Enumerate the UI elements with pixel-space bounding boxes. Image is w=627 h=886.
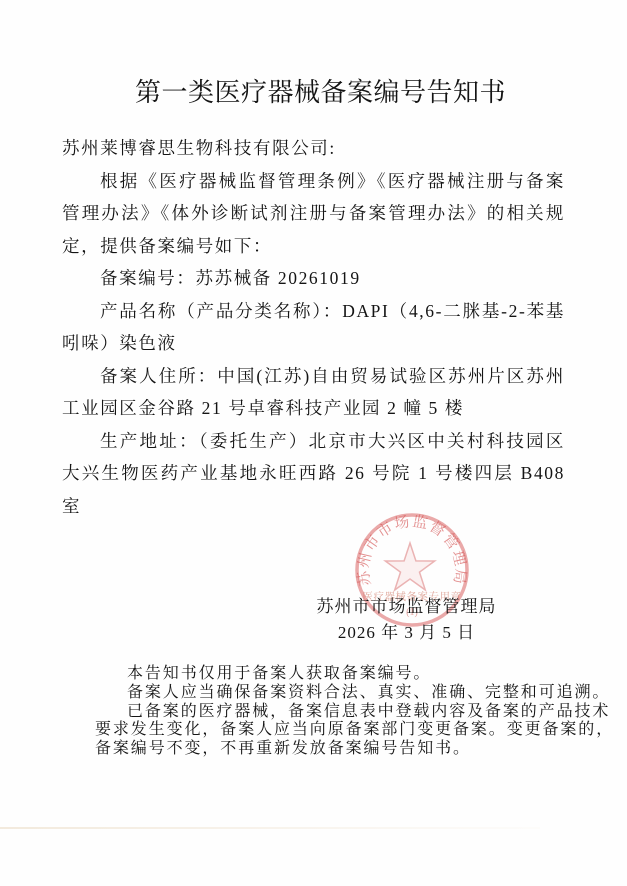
note-line: 要求发生变化，备案人应当向原备案部门变更备案。变更备案的， [95,721,622,740]
registrant-address-line: 备案人住所：中国(江苏)自由贸易试验区苏州片区苏州 [62,360,565,393]
document-page: 第一类医疗器械备案编号告知书 苏州莱博睿思生物科技有限公司: 根据《医疗器械监督… [0,0,627,886]
body-line: 管理办法》《体外诊断试剂注册与备案管理办法》的相关规 [62,197,565,230]
note-line: 备案人应当确保备案资料合法、真实、准确、完整和可追溯。 [95,684,622,703]
note-line: 已备案的医疗器械，备案信息表中登载内容及备案的产品技术 [95,703,622,722]
page-title: 第一类医疗器械备案编号告知书 [7,72,627,109]
record-number-line: 备案编号：苏苏械备 20261019 [62,262,565,295]
star-icon [385,543,434,590]
production-address-line-3: 室 [62,490,565,523]
registrant-address-line-2: 工业园区金谷路 21 号卓睿科技产业园 2 幢 5 楼 [62,392,565,425]
issuer-name: 苏州市市场监督管理局 [240,594,573,620]
note-line: 本告知书仅用于备案人获取备案编号。 [95,665,622,684]
addressee-line: 苏州莱博睿思生物科技有限公司: [62,132,565,165]
scan-artifact-line [0,827,540,829]
issue-date: 2026 年 3 月 5 日 [240,620,573,646]
note-line: 备案编号不变，不再重新发放备案编号告知书。 [95,740,622,759]
product-name-line: 产品名称（产品分类名称）：DAPI（4,6-二脒基-2-苯基 [62,295,565,328]
product-name-line-2: 吲哚）染色液 [62,327,565,360]
document-body: 苏州莱博睿思生物科技有限公司: 根据《医疗器械监督管理条例》《医疗器械注册与备案… [62,132,565,522]
production-address-line-2: 大兴生物医药产业基地永旺西路 26 号院 1 号楼四层 B408 [62,457,565,490]
production-address-line: 生产地址：（委托生产）北京市大兴区中关村科技园区 [62,425,565,458]
signature-block: 苏州市市场监督管理局 2026 年 3 月 5 日 [240,594,573,646]
footer-notes: 本告知书仅用于备案人获取备案编号。 备案人应当确保备案资料合法、真实、准确、完整… [95,665,622,759]
body-line: 定，提供备案编号如下： [62,230,565,263]
body-line: 根据《医疗器械监督管理条例》《医疗器械注册与备案 [62,165,565,198]
